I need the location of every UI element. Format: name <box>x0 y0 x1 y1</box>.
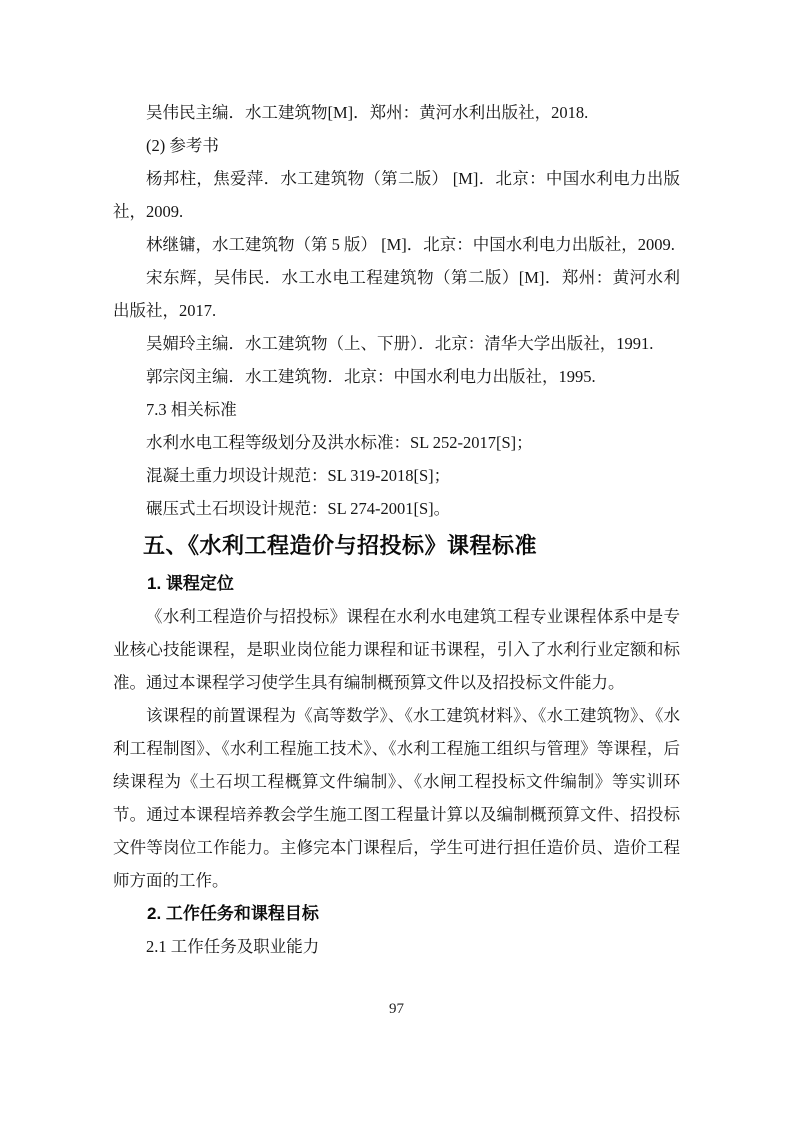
standard-entry: 碾压式土石坝设计规范：SL 274-2001[S]。 <box>113 492 680 525</box>
reference-books-label: (2) 参考书 <box>113 129 680 162</box>
section1-paragraph-2: 该课程的前置课程为《高等数学》、《水工建筑材料》、《水工建筑物》、《水利工程制图… <box>113 699 680 897</box>
standard-entry: 混凝土重力坝设计规范：SL 319-2018[S]； <box>113 459 680 492</box>
reference-entry: 杨邦柱，焦爱萍．水工建筑物（第二版） [M]．北京：中国水利电力出版社，2009… <box>113 162 680 228</box>
reference-entry: 吴媚玲主编．水工建筑物（上、下册）．北京：清华大学出版社，1991. <box>113 327 680 360</box>
page-number: 97 <box>0 998 793 1020</box>
reference-entry: 林继镛，水工建筑物（第 5 版） [M]．北京：中国水利电力出版社，2009. <box>113 228 680 261</box>
related-standards-heading: 7.3 相关标准 <box>113 393 680 426</box>
reference-entry: 吴伟民主编．水工建筑物[M]．郑州：黄河水利出版社，2018. <box>113 96 680 129</box>
reference-entry: 郭宗闵主编．水工建筑物．北京：中国水利电力出版社，1995. <box>113 360 680 393</box>
course-standard-main-heading: 五、《水利工程造价与招投标》课程标准 <box>143 526 680 566</box>
section1-paragraph-1: 《水利工程造价与招投标》课程在水利水电建筑工程专业课程体系中是专业核心技能课程，… <box>113 600 680 699</box>
document-page: 吴伟民主编．水工建筑物[M]．郑州：黄河水利出版社，2018. (2) 参考书 … <box>0 0 793 1122</box>
section1-heading: 1. 课程定位 <box>113 567 680 600</box>
section2-sub-heading: 2.1 工作任务及职业能力 <box>113 930 680 963</box>
standard-entry: 水利水电工程等级划分及洪水标准：SL 252-2017[S]； <box>113 426 680 459</box>
section2-heading: 2. 工作任务和课程目标 <box>113 897 680 930</box>
reference-entry: 宋东辉，吴伟民．水工水电工程建筑物（第二版）[M]．郑州：黄河水利出版社，201… <box>113 261 680 327</box>
document-body: 吴伟民主编．水工建筑物[M]．郑州：黄河水利出版社，2018. (2) 参考书 … <box>113 96 680 963</box>
